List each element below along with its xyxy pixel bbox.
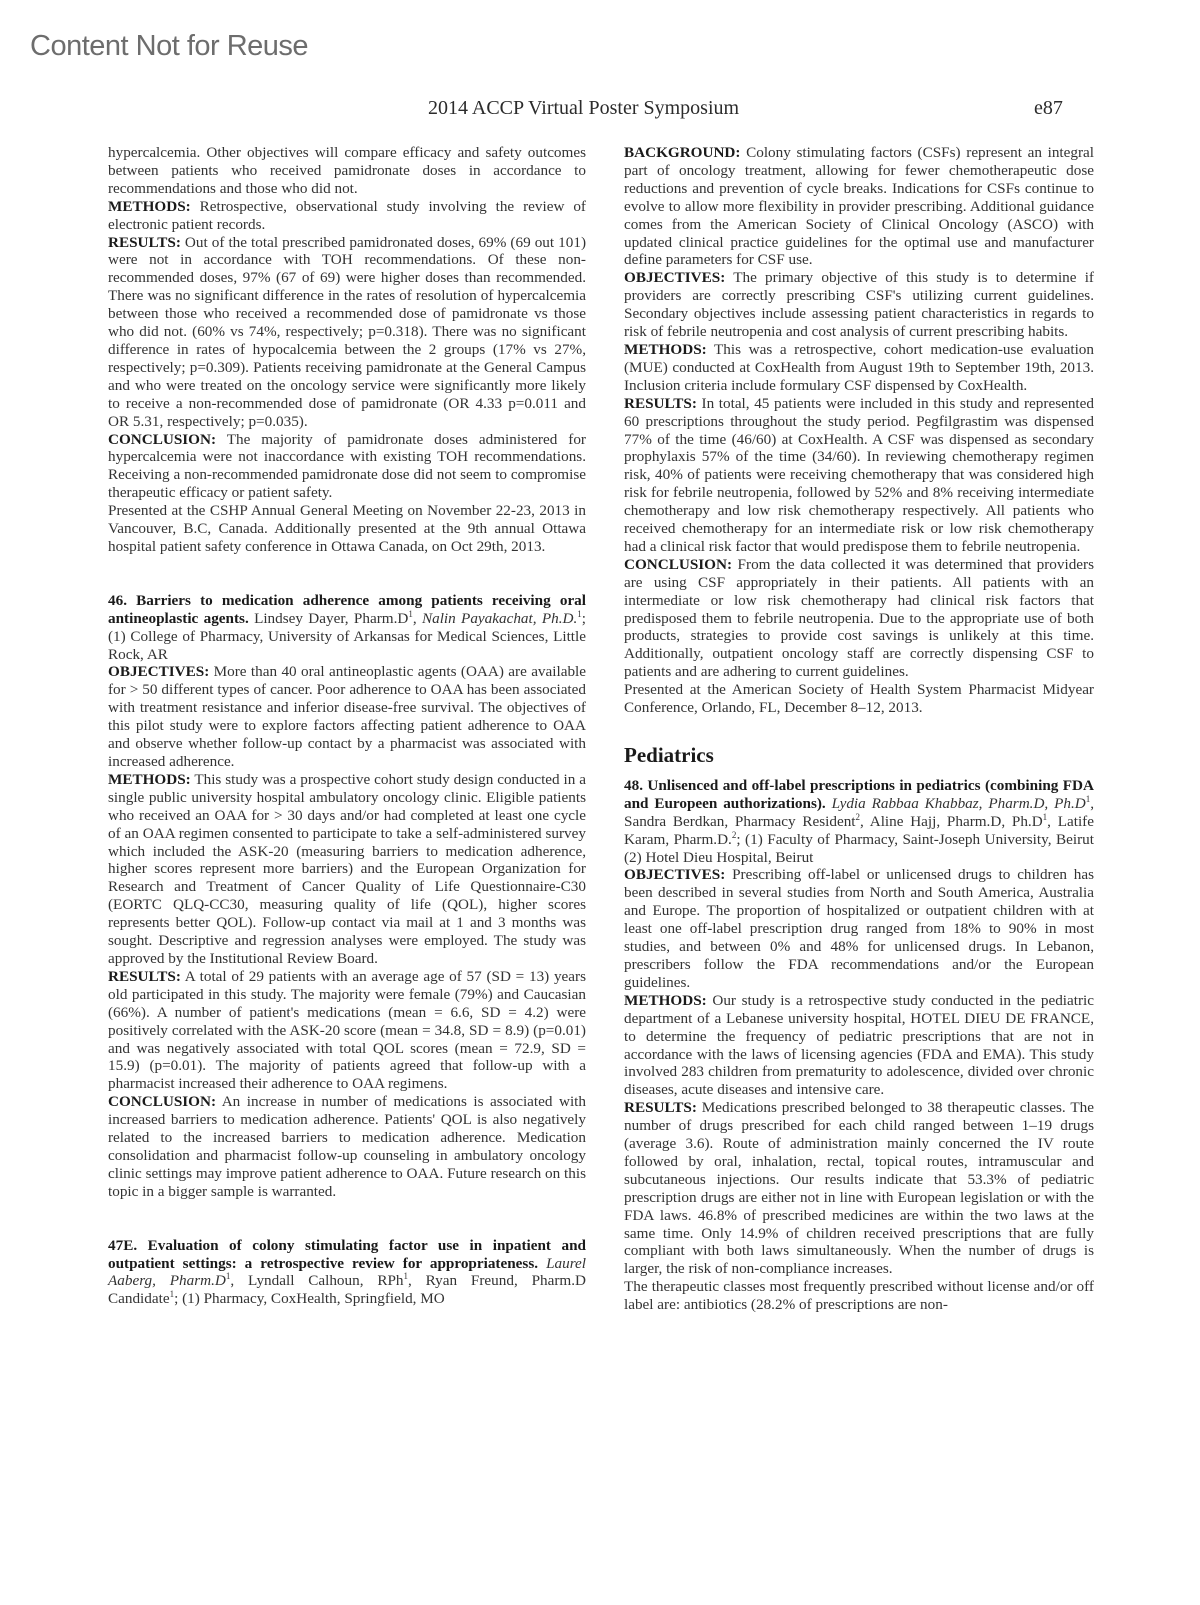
results-label: RESULTS: (624, 1099, 697, 1116)
abstract-48-results-continued: The therapeutic classes most frequently … (624, 1278, 1094, 1314)
journal-title: 2014 ACCP Virtual Poster Symposium (428, 97, 739, 120)
conclusion-label: CONCLUSION: (108, 1093, 216, 1110)
abstract-48-objectives: OBJECTIVES: Prescribing off-label or unl… (624, 866, 1094, 991)
presented-note: Presented at the CSHP Annual General Mee… (108, 502, 586, 556)
page-number: e87 (1034, 97, 1063, 120)
watermark: Content Not for Reuse (30, 30, 308, 63)
background-text: Colony stimulating factors (CSFs) repres… (624, 144, 1094, 268)
background-label: BACKGROUND: (624, 144, 740, 161)
author: Nalin Payakachat, Ph.D. (422, 610, 577, 627)
results-text: In total, 45 patients were included in t… (624, 395, 1094, 555)
abstract-47e-header: 47E. Evaluation of colony stimulating fa… (108, 1237, 586, 1309)
results-label: RESULTS: (624, 395, 697, 412)
right-column: BACKGROUND: Colony stimulating factors (… (624, 144, 1094, 1314)
continued-abstract-conclusion: CONCLUSION: The majority of pamidronate … (108, 431, 586, 503)
methods-label: METHODS: (624, 341, 707, 358)
abstract-47e-title: 47E. Evaluation of colony stimulating fa… (108, 1237, 586, 1272)
objectives-label: OBJECTIVES: (624, 269, 725, 286)
results-text: Medications prescribed belonged to 38 th… (624, 1099, 1094, 1277)
abstract-46-objectives: OBJECTIVES: More than 40 oral antineopla… (108, 663, 586, 770)
author: , Lyndall Calhoun, RPh (230, 1272, 403, 1289)
abstract-47e-methods: METHODS: This was a retrospective, cohor… (624, 341, 1094, 395)
abstract-47e-conclusion: CONCLUSION: From the data collected it w… (624, 556, 1094, 681)
abstract-46-results: RESULTS: A total of 29 patients with an … (108, 968, 586, 1093)
abstract-48-results: RESULTS: Medications prescribed belonged… (624, 1099, 1094, 1278)
results-label: RESULTS: (108, 234, 181, 251)
abstract-48-header: 48. Unlisenced and off-label prescriptio… (624, 777, 1094, 867)
abstract-47e-results: RESULTS: In total, 45 patients were incl… (624, 395, 1094, 556)
author: , Aline Hajj, Pharm.D, Ph.D (860, 813, 1043, 830)
continued-abstract-intro: hypercalcemia. Other objectives will com… (108, 144, 586, 198)
continued-abstract-methods: METHODS: Retrospective, observational st… (108, 198, 586, 234)
affiliation: ; (1) Pharmacy, CoxHealth, Springfield, … (174, 1290, 445, 1307)
results-text: Out of the total prescribed pamidronated… (108, 234, 586, 430)
conclusion-label: CONCLUSION: (624, 556, 732, 573)
methods-label: METHODS: (108, 771, 191, 788)
objectives-text: Prescribing off-label or unlicensed drug… (624, 866, 1094, 990)
results-text: A total of 29 patients with an average a… (108, 968, 586, 1092)
methods-label: METHODS: (624, 992, 707, 1009)
abstract-46-header: 46. Barriers to medication adherence amo… (108, 592, 586, 664)
abstract-46-methods: METHODS: This study was a prospective co… (108, 771, 586, 968)
objectives-label: OBJECTIVES: (624, 866, 725, 883)
abstract-47e-background: BACKGROUND: Colony stimulating factors (… (624, 144, 1094, 269)
conclusion-text: From the data collected it was determine… (624, 556, 1094, 680)
author: Lindsey Dayer, Pharm.D (249, 610, 409, 627)
results-label: RESULTS: (108, 968, 181, 985)
methods-label: METHODS: (108, 198, 191, 215)
objectives-label: OBJECTIVES: (108, 663, 209, 680)
abstract-46-conclusion: CONCLUSION: An increase in number of med… (108, 1093, 586, 1200)
abstract-48-methods: METHODS: Our study is a retrospective st… (624, 992, 1094, 1099)
affiliation-marker: 1 (408, 609, 413, 619)
continued-abstract-results: RESULTS: Out of the total prescribed pam… (108, 234, 586, 431)
section-heading-pediatrics: Pediatrics (624, 747, 1094, 765)
conclusion-label: CONCLUSION: (108, 431, 216, 448)
author: Lydia Rabbaa Khabbaz, Pharm.D, Ph.D (832, 795, 1086, 812)
methods-text: This study was a prospective cohort stud… (108, 771, 586, 967)
left-column: hypercalcemia. Other objectives will com… (108, 144, 586, 1308)
presented-note: Presented at the American Society of Hea… (624, 681, 1094, 717)
abstract-47e-objectives: OBJECTIVES: The primary objective of thi… (624, 269, 1094, 341)
